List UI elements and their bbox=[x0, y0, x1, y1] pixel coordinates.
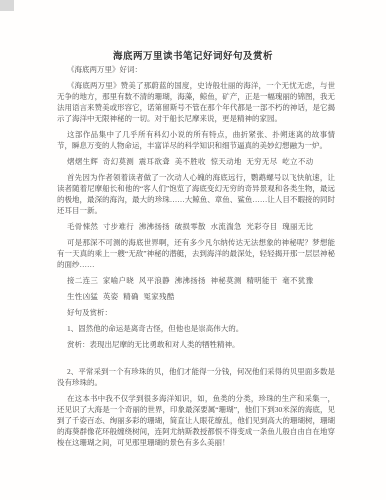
paragraph: 这部作品集中了几乎所有科幻小说的所有特点，曲折紧张、扑朔迷离的故事情节，瞬息万变… bbox=[57, 129, 335, 151]
paragraph: 可是那深不可测的海底世界啊，还有多少凡尔纳传达无法想象的神秘呢？梦想能有一天真的… bbox=[57, 237, 335, 270]
document-page: 海底两万里读书笔记好词好句及赏析 《海底两万里》好词：《海底两万里》赞美了那蔚蓝… bbox=[0, 0, 386, 500]
paragraph: 《海底两万里》赞美了那蔚蓝的国度，史诗般壮丽的海洋，一个无忧无虑，与世无争的地方… bbox=[57, 80, 335, 124]
paragraph: 在这本书中我不仅学到很多海洋知识，如，鱼类的分类，珍珠的生产和采集一，还见识了大… bbox=[57, 393, 335, 448]
paragraph: 首先因为作者领着读者做了一次动人心魄的海底远行，鹦鹉螺号以飞快航速，让读者随着尼… bbox=[57, 172, 335, 216]
word-list-line: 熠熠生辉 奇幻莫测 震耳欲聋 美不胜收 惊天动地 无穷无尽 屹立不动 bbox=[57, 156, 335, 167]
word-list-line: 接二连三 家喻户晓 风平浪静 沸沸扬扬 神秘莫测 精明能干 毫不犹豫 bbox=[57, 275, 335, 286]
paragraph: 赏析：表现出尼摩的无比勇敢和对人类的牺牲精神。 bbox=[57, 339, 335, 350]
paragraph: 好句及赏析： bbox=[57, 307, 335, 318]
word-list-line: 生性凶猛 英姿 精确 冤家残酷 bbox=[57, 291, 335, 302]
paragraph: 《海底两万里》好词： bbox=[57, 64, 335, 75]
word-list-line: 毛骨悚然 寸步难行 沸沸扬扬 破损零散 水流湍急 光彩夺目 瑰丽无比 bbox=[57, 221, 335, 232]
page-title: 海底两万里读书笔记好词好句及赏析 bbox=[0, 0, 386, 62]
paragraph: 2、平常采到一个有珍珠的贝，他们才能得一分钱，何况他们采得的贝里面多数是没有珍珠… bbox=[57, 366, 335, 388]
document-body: 《海底两万里》好词：《海底两万里》赞美了那蔚蓝的国度，史诗般壮丽的海洋，一个无忧… bbox=[57, 64, 335, 448]
paragraph: 1、固然他的命运是离奇古怪，但他也是崇高伟大的。 bbox=[57, 323, 335, 334]
